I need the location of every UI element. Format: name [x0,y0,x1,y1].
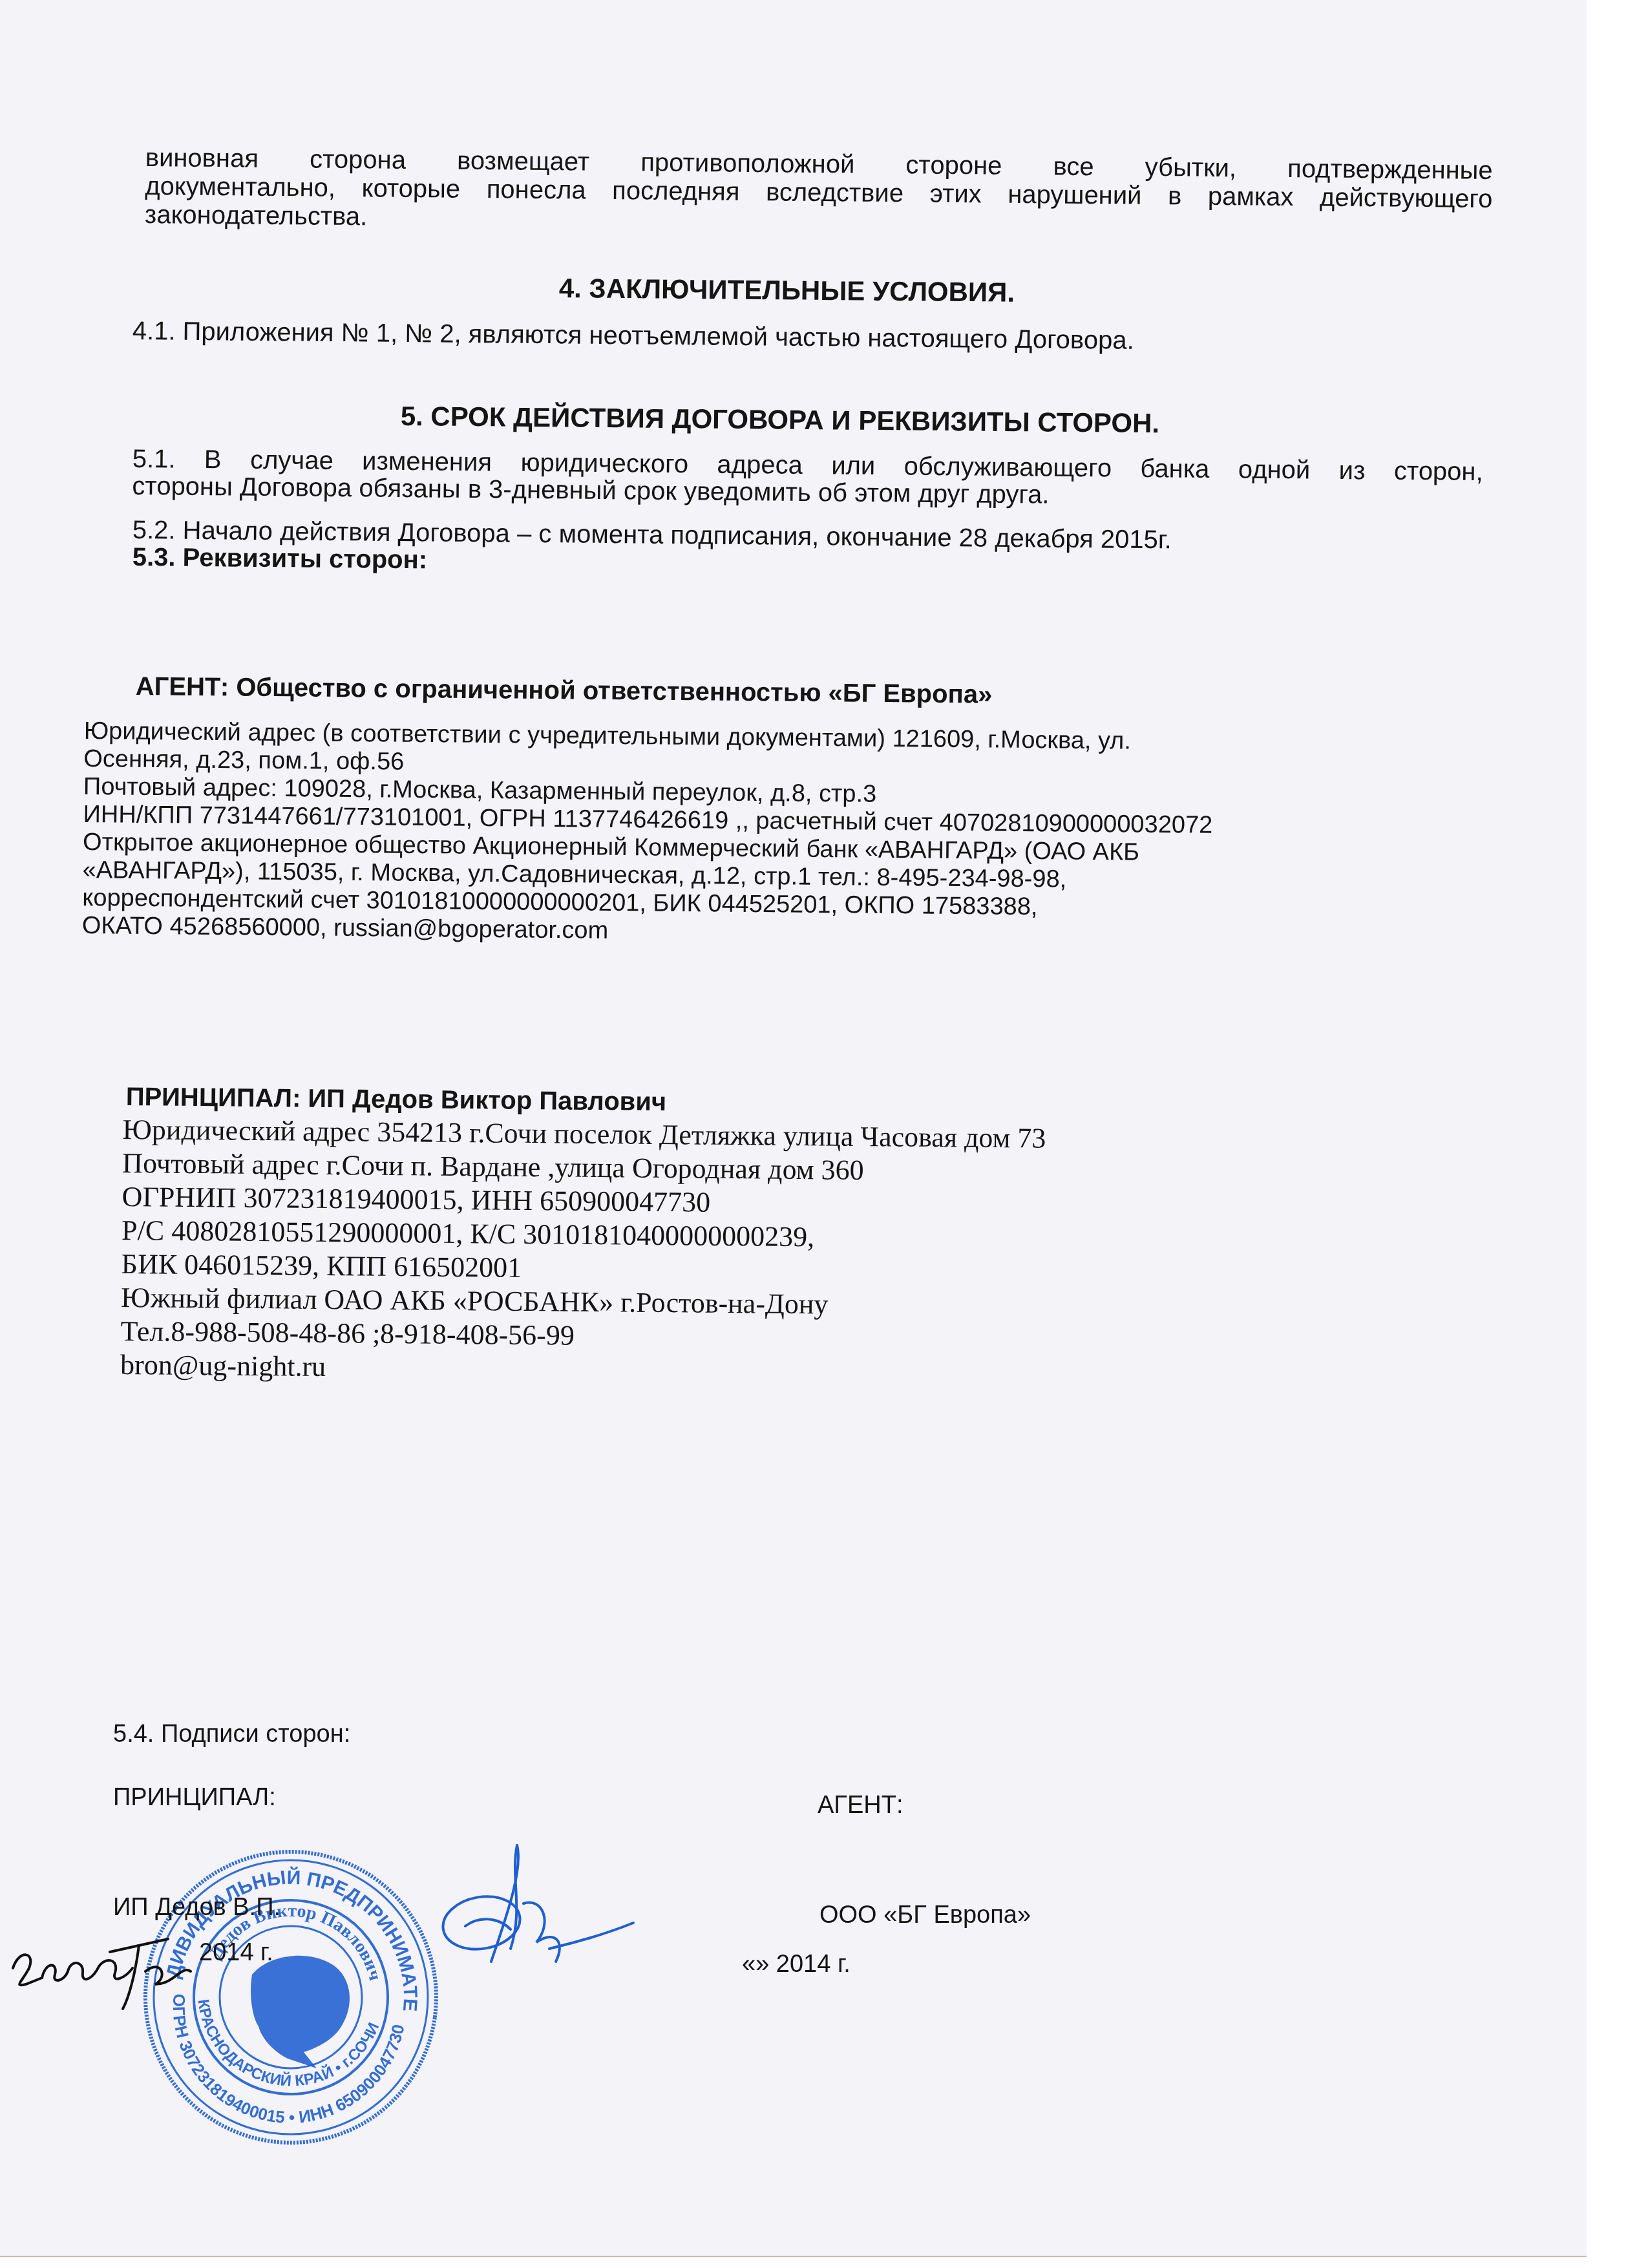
intro-paragraph: виновная сторона возмещает противоположн… [145,143,1493,242]
principal-signature-label: ПРИНЦИПАЛ: [113,1784,276,1812]
principal-details: Юридический адрес 354213 г.Сочи поселок … [120,1113,1046,1391]
clause-5-3: 5.3. Реквизиты сторон: [132,543,428,574]
section-5-heading: 5. СРОК ДЕЙСТВИЯ ДОГОВОРА И РЕКВИЗИТЫ СТ… [401,401,1160,439]
principal-title: ПРИНЦИПАЛ: ИП Дедов Виктор Павлович [126,1083,667,1117]
agent-signature-date: «» 2014 г. [742,1951,850,1978]
principal-handwritten-signature-icon [427,1832,640,1987]
agent-details: Юридический адрес (в соответствии с учре… [82,717,1214,951]
handwritten-date-icon: 20 ноября [6,1933,200,2010]
section-4-heading: 4. ЗАКЛЮЧИТЕЛЬНЫЕ УСЛОВИЯ. [559,273,1015,308]
agent-title: АГЕНТ: Общество с ограниченной ответстве… [136,672,993,710]
signatures-heading: 5.4. Подписи сторон: [113,1721,350,1748]
clause-5-1: 5.1. В случае изменения юридического адр… [132,445,1483,512]
principal-date-year: 2014 г. [199,1939,273,1967]
document-page: виновная сторона возмещает противоположн… [0,0,1587,2257]
principal-signatory-name: ИП Дедов В.П. [113,1894,280,1922]
agent-signatory-name: ООО «БГ Европа» [819,1902,1031,1929]
agent-signature-label: АГЕНТ: [818,1792,903,1819]
clause-4-1: 4.1. Приложения № 1, № 2, являются неотъ… [132,317,1134,355]
